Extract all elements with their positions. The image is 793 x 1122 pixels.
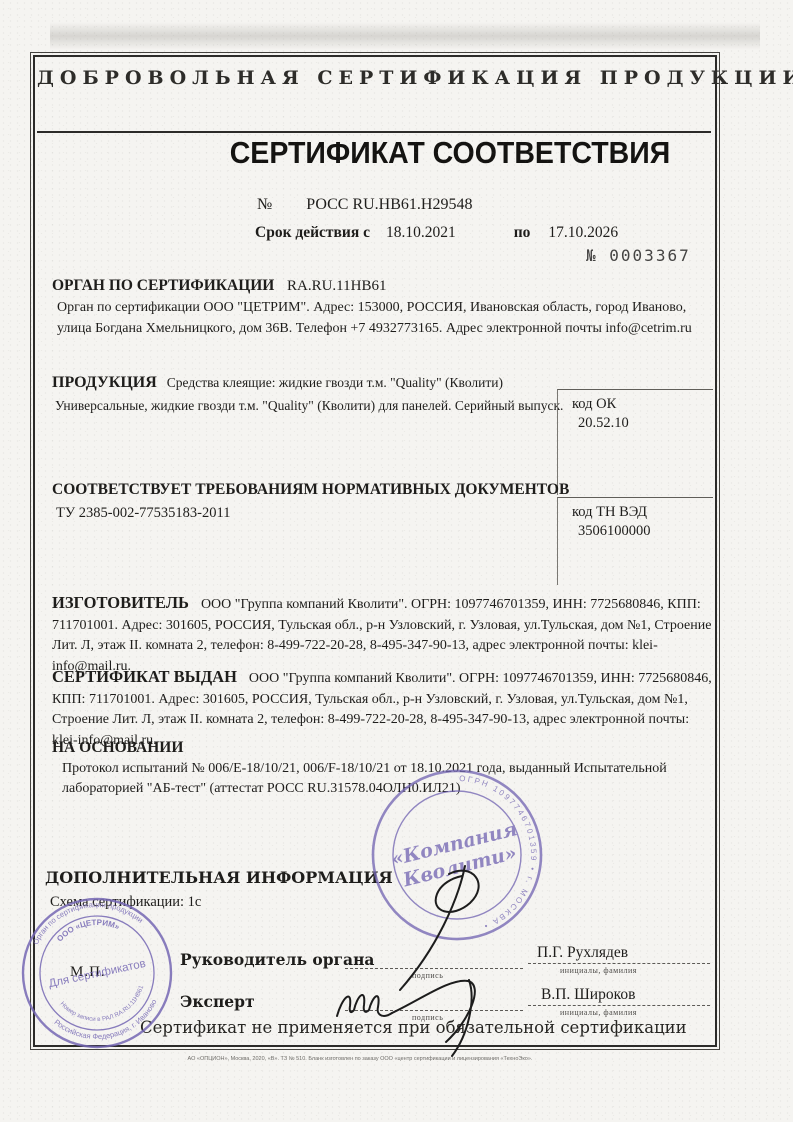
- valid-from-date: 18.10.2021: [386, 224, 456, 241]
- footer-note: Сертификат не применяется при обязательн…: [140, 1018, 687, 1037]
- name-line-expert: [528, 1005, 710, 1006]
- validity-row: Срок действия с18.10.2021по17.10.2026: [255, 224, 618, 242]
- certificate-title: СЕРТИФИКАТ СООТВЕТСТВИЯ: [192, 135, 707, 171]
- section-organ-text: Орган по сертификации ООО "ЦЕТРИМ". Адре…: [57, 297, 697, 339]
- name-caption-expert: инициалы, фамилия: [560, 1008, 637, 1017]
- header-band: ДОБРОВОЛЬНАЯ СЕРТИФИКАЦИЯ ПРОДУКЦИИ: [37, 58, 711, 133]
- scanned-certificate-page: ДОБРОВОЛЬНАЯ СЕРТИФИКАЦИЯ ПРОДУКЦИИ СЕРТ…: [0, 0, 793, 1122]
- name-line-head: [528, 963, 710, 964]
- code-ok-box: код ОК 20.52.10: [557, 389, 713, 495]
- code-tnved-label: код ТН ВЭД: [572, 504, 713, 521]
- section-product-line1: Средства клеящие: жидкие гвозди т.м. "Qu…: [167, 375, 503, 390]
- section-issued-label: СЕРТИФИКАТ ВЫДАН: [52, 667, 237, 686]
- signature-caption-head: подпись: [412, 971, 443, 980]
- section-organ-code: RA.RU.11НВ61: [287, 278, 386, 295]
- print-shop-microtext: АО «ОПЦИОН», Москва, 2020, «В». ТЗ № 510…: [100, 1056, 620, 1062]
- blank-serial-number: № 0003367: [586, 246, 691, 265]
- validity-label: Срок действия с: [255, 224, 370, 241]
- header-band-title: ДОБРОВОЛЬНАЯ СЕРТИФИКАЦИЯ ПРОДУКЦИИ: [37, 67, 711, 89]
- mp-seal-placeholder-label: М.П.: [70, 964, 106, 981]
- signature-role-head: Руководитель органа: [180, 950, 374, 969]
- code-ok-value: 20.52.10: [572, 415, 713, 432]
- section-basis-text: Протокол испытаний № 006/Е-18/10/21, 006…: [62, 759, 710, 799]
- scan-artifact-band: [50, 22, 760, 50]
- registration-number-value: РОСС RU.НВ61.Н29548: [306, 196, 472, 213]
- blank-serial-label: №: [586, 246, 598, 265]
- signature-line-head: [345, 968, 523, 969]
- section-manufacturer: ИЗГОТОВИТЕЛЬООО "Группа компаний Кволити…: [52, 593, 717, 677]
- registration-number-row: №РОСС RU.НВ61.Н29548: [257, 196, 472, 214]
- blank-serial-value: 0003367: [609, 246, 690, 265]
- signature-role-expert: Эксперт: [180, 992, 255, 1011]
- valid-to-label: по: [514, 224, 531, 241]
- code-ok-label: код ОК: [572, 396, 713, 413]
- section-product-label: ПРОДУКЦИЯ: [52, 374, 157, 391]
- registration-number-label: №: [257, 196, 272, 213]
- signature-line-expert: [345, 1010, 523, 1011]
- valid-to-date: 17.10.2026: [548, 224, 618, 241]
- section-manufacturer-label: ИЗГОТОВИТЕЛЬ: [52, 593, 189, 612]
- section-additional-label: ДОПОЛНИТЕЛЬНАЯ ИНФОРМАЦИЯ: [45, 868, 393, 887]
- signature-name-expert: В.П. Широков: [541, 986, 635, 1004]
- code-tnved-value: 3506100000: [572, 523, 713, 540]
- section-product: ПРОДУКЦИЯСредства клеящие: жидкие гвозди…: [52, 373, 572, 416]
- section-conforms-label: СООТВЕТСТВУЕТ ТРЕБОВАНИЯМ НОРМАТИВНЫХ ДО…: [52, 481, 569, 499]
- name-caption-head: инициалы, фамилия: [560, 966, 637, 975]
- signature-name-head: П.Г. Рухлядев: [537, 944, 628, 962]
- section-conforms-text: ТУ 2385-002-77535183-2011: [56, 505, 230, 522]
- section-organ-label: ОРГАН ПО СЕРТИФИКАЦИИ: [52, 277, 274, 295]
- section-basis-label: НА ОСНОВАНИИ: [52, 739, 183, 757]
- section-product-line2: Универсальные, жидкие гвозди т.м. "Quali…: [55, 396, 572, 416]
- code-tnved-box: код ТН ВЭД 3506100000: [557, 497, 713, 585]
- section-additional-text: Схема сертификации: 1с: [50, 894, 201, 911]
